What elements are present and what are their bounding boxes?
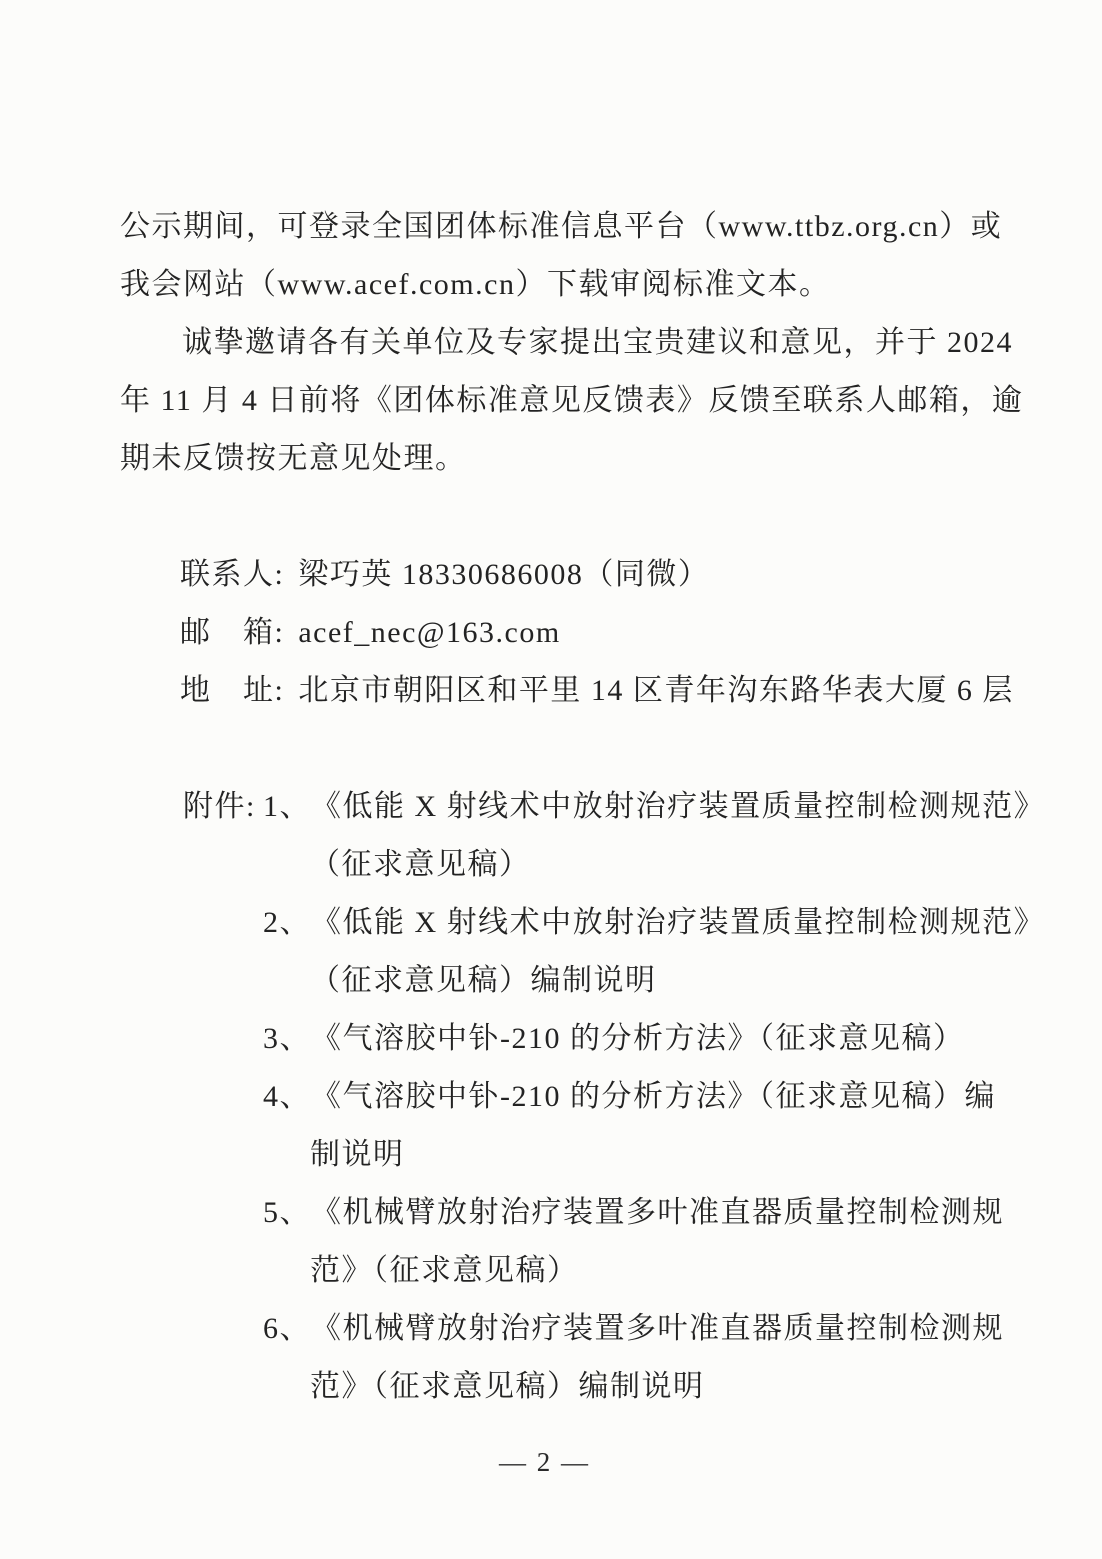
attachment-item: 5、 《机械臂放射治疗装置多叶准直器质量控制检测规 (120, 1184, 969, 1242)
paragraph-line: 我会网站（www.acef.com.cn）下载审阅标准文本。 (120, 256, 969, 314)
contact-address-label: 地 址: (180, 662, 284, 720)
attachment-item-continuation: 范》（征求意见稿）编制说明 (120, 1358, 969, 1416)
attachment-item-continuation: 制说明 (120, 1126, 969, 1184)
contact-block: 联系人: 梁巧英 18330686008（同微） 邮 箱: acef_nec@1… (120, 546, 969, 720)
contact-address-value: 北京市朝阳区和平里 14 区青年沟东路华表大厦 6 层 (298, 662, 1014, 720)
attachment-title-line: 制说明 (310, 1126, 405, 1184)
attachment-item-continuation: 范》（征求意见稿） (120, 1242, 969, 1300)
attachment-item: 3、 《气溶胶中钋-210 的分析方法》（征求意见稿） (120, 1010, 969, 1068)
attachment-title-line: 《气溶胶中钋-210 的分析方法》（征求意见稿） (311, 1010, 965, 1068)
attachment-title-line: 《低能 X 射线术中放射治疗装置质量控制检测规范》 (311, 894, 1045, 952)
spacer-col (183, 1126, 263, 1184)
spacer-col (183, 1184, 263, 1242)
attachment-item-continuation: （征求意见稿） (120, 836, 969, 894)
spacer-col (183, 894, 263, 952)
contact-person-row: 联系人: 梁巧英 18330686008（同微） (180, 546, 969, 604)
contact-person-label: 联系人: (180, 546, 284, 604)
paragraph-line: 年 11 月 4 日前将《团体标准意见反馈表》反馈至联系人邮箱，逾 (120, 372, 969, 430)
attachment-title-line: 《低能 X 射线术中放射治疗装置质量控制检测规范》 (311, 778, 1045, 836)
attachments-label: 附件: (183, 778, 263, 836)
spacer-col (263, 1242, 310, 1300)
attachment-title-line: 《机械臂放射治疗装置多叶准直器质量控制检测规 (311, 1184, 1004, 1242)
blank-line (120, 720, 969, 778)
spacer-col (263, 1358, 310, 1416)
attachment-title-line: （征求意见稿）编制说明 (310, 952, 657, 1010)
blank-line (120, 488, 969, 546)
attachment-title-line: 《气溶胶中钋-210 的分析方法》（征求意见稿）编 (311, 1068, 996, 1126)
attachment-number: 5、 (263, 1184, 311, 1242)
attachment-title-line: 范》（征求意见稿）编制说明 (310, 1358, 705, 1416)
attachment-title-line: 《机械臂放射治疗装置多叶准直器质量控制检测规 (311, 1300, 1004, 1358)
paragraph-line: 诚挚邀请各有关单位及专家提出宝贵建议和意见，并于 2024 (120, 314, 969, 372)
attachment-item-continuation: （征求意见稿）编制说明 (120, 952, 969, 1010)
spacer-col (183, 1300, 263, 1358)
paragraph-public-notice: 公示期间，可登录全国团体标准信息平台（www.ttbz.org.cn）或 我会网… (120, 198, 969, 314)
spacer-col (263, 952, 310, 1010)
attachment-number: 4、 (263, 1068, 311, 1126)
spacer-col (263, 1126, 310, 1184)
spacer-col (183, 1010, 263, 1068)
attachment-number: 2、 (263, 894, 311, 952)
spacer-col (183, 836, 263, 894)
spacer-col (183, 952, 263, 1010)
attachment-title-line: （征求意见稿） (310, 836, 531, 894)
contact-email-value: acef_nec@163.com (298, 604, 560, 662)
spacer-col (183, 1242, 263, 1300)
contact-email-label: 邮 箱: (180, 604, 284, 662)
attachment-number: 1、 (263, 778, 311, 836)
document-page: 公示期间，可登录全国团体标准信息平台（www.ttbz.org.cn）或 我会网… (0, 0, 1102, 1559)
contact-address-row: 地 址: 北京市朝阳区和平里 14 区青年沟东路华表大厦 6 层 (180, 662, 969, 720)
attachment-item: 4、 《气溶胶中钋-210 的分析方法》（征求意见稿）编 (120, 1068, 969, 1126)
spacer-col (183, 1068, 263, 1126)
paragraph-invitation: 诚挚邀请各有关单位及专家提出宝贵建议和意见，并于 2024 年 11 月 4 日… (120, 314, 969, 488)
contact-email-row: 邮 箱: acef_nec@163.com (180, 604, 969, 662)
paragraph-line: 公示期间，可登录全国团体标准信息平台（www.ttbz.org.cn）或 (120, 198, 969, 256)
contact-person-value: 梁巧英 18330686008（同微） (298, 546, 709, 604)
spacer-col (263, 836, 310, 894)
page-number: — 2 — (120, 1442, 969, 1482)
attachment-item: 2、 《低能 X 射线术中放射治疗装置质量控制检测规范》 (120, 894, 969, 952)
attachment-title-line: 范》（征求意见稿） (310, 1242, 579, 1300)
paragraph-line: 期未反馈按无意见处理。 (120, 430, 969, 488)
attachment-item: 6、 《机械臂放射治疗装置多叶准直器质量控制检测规 (120, 1300, 969, 1358)
attachment-number: 6、 (263, 1300, 311, 1358)
attachment-number: 3、 (263, 1010, 311, 1068)
spacer-col (183, 1358, 263, 1416)
attachment-item: 附件: 1、 《低能 X 射线术中放射治疗装置质量控制检测规范》 (120, 778, 969, 836)
attachments-block: 附件: 1、 《低能 X 射线术中放射治疗装置质量控制检测规范》 （征求意见稿）… (120, 778, 969, 1416)
